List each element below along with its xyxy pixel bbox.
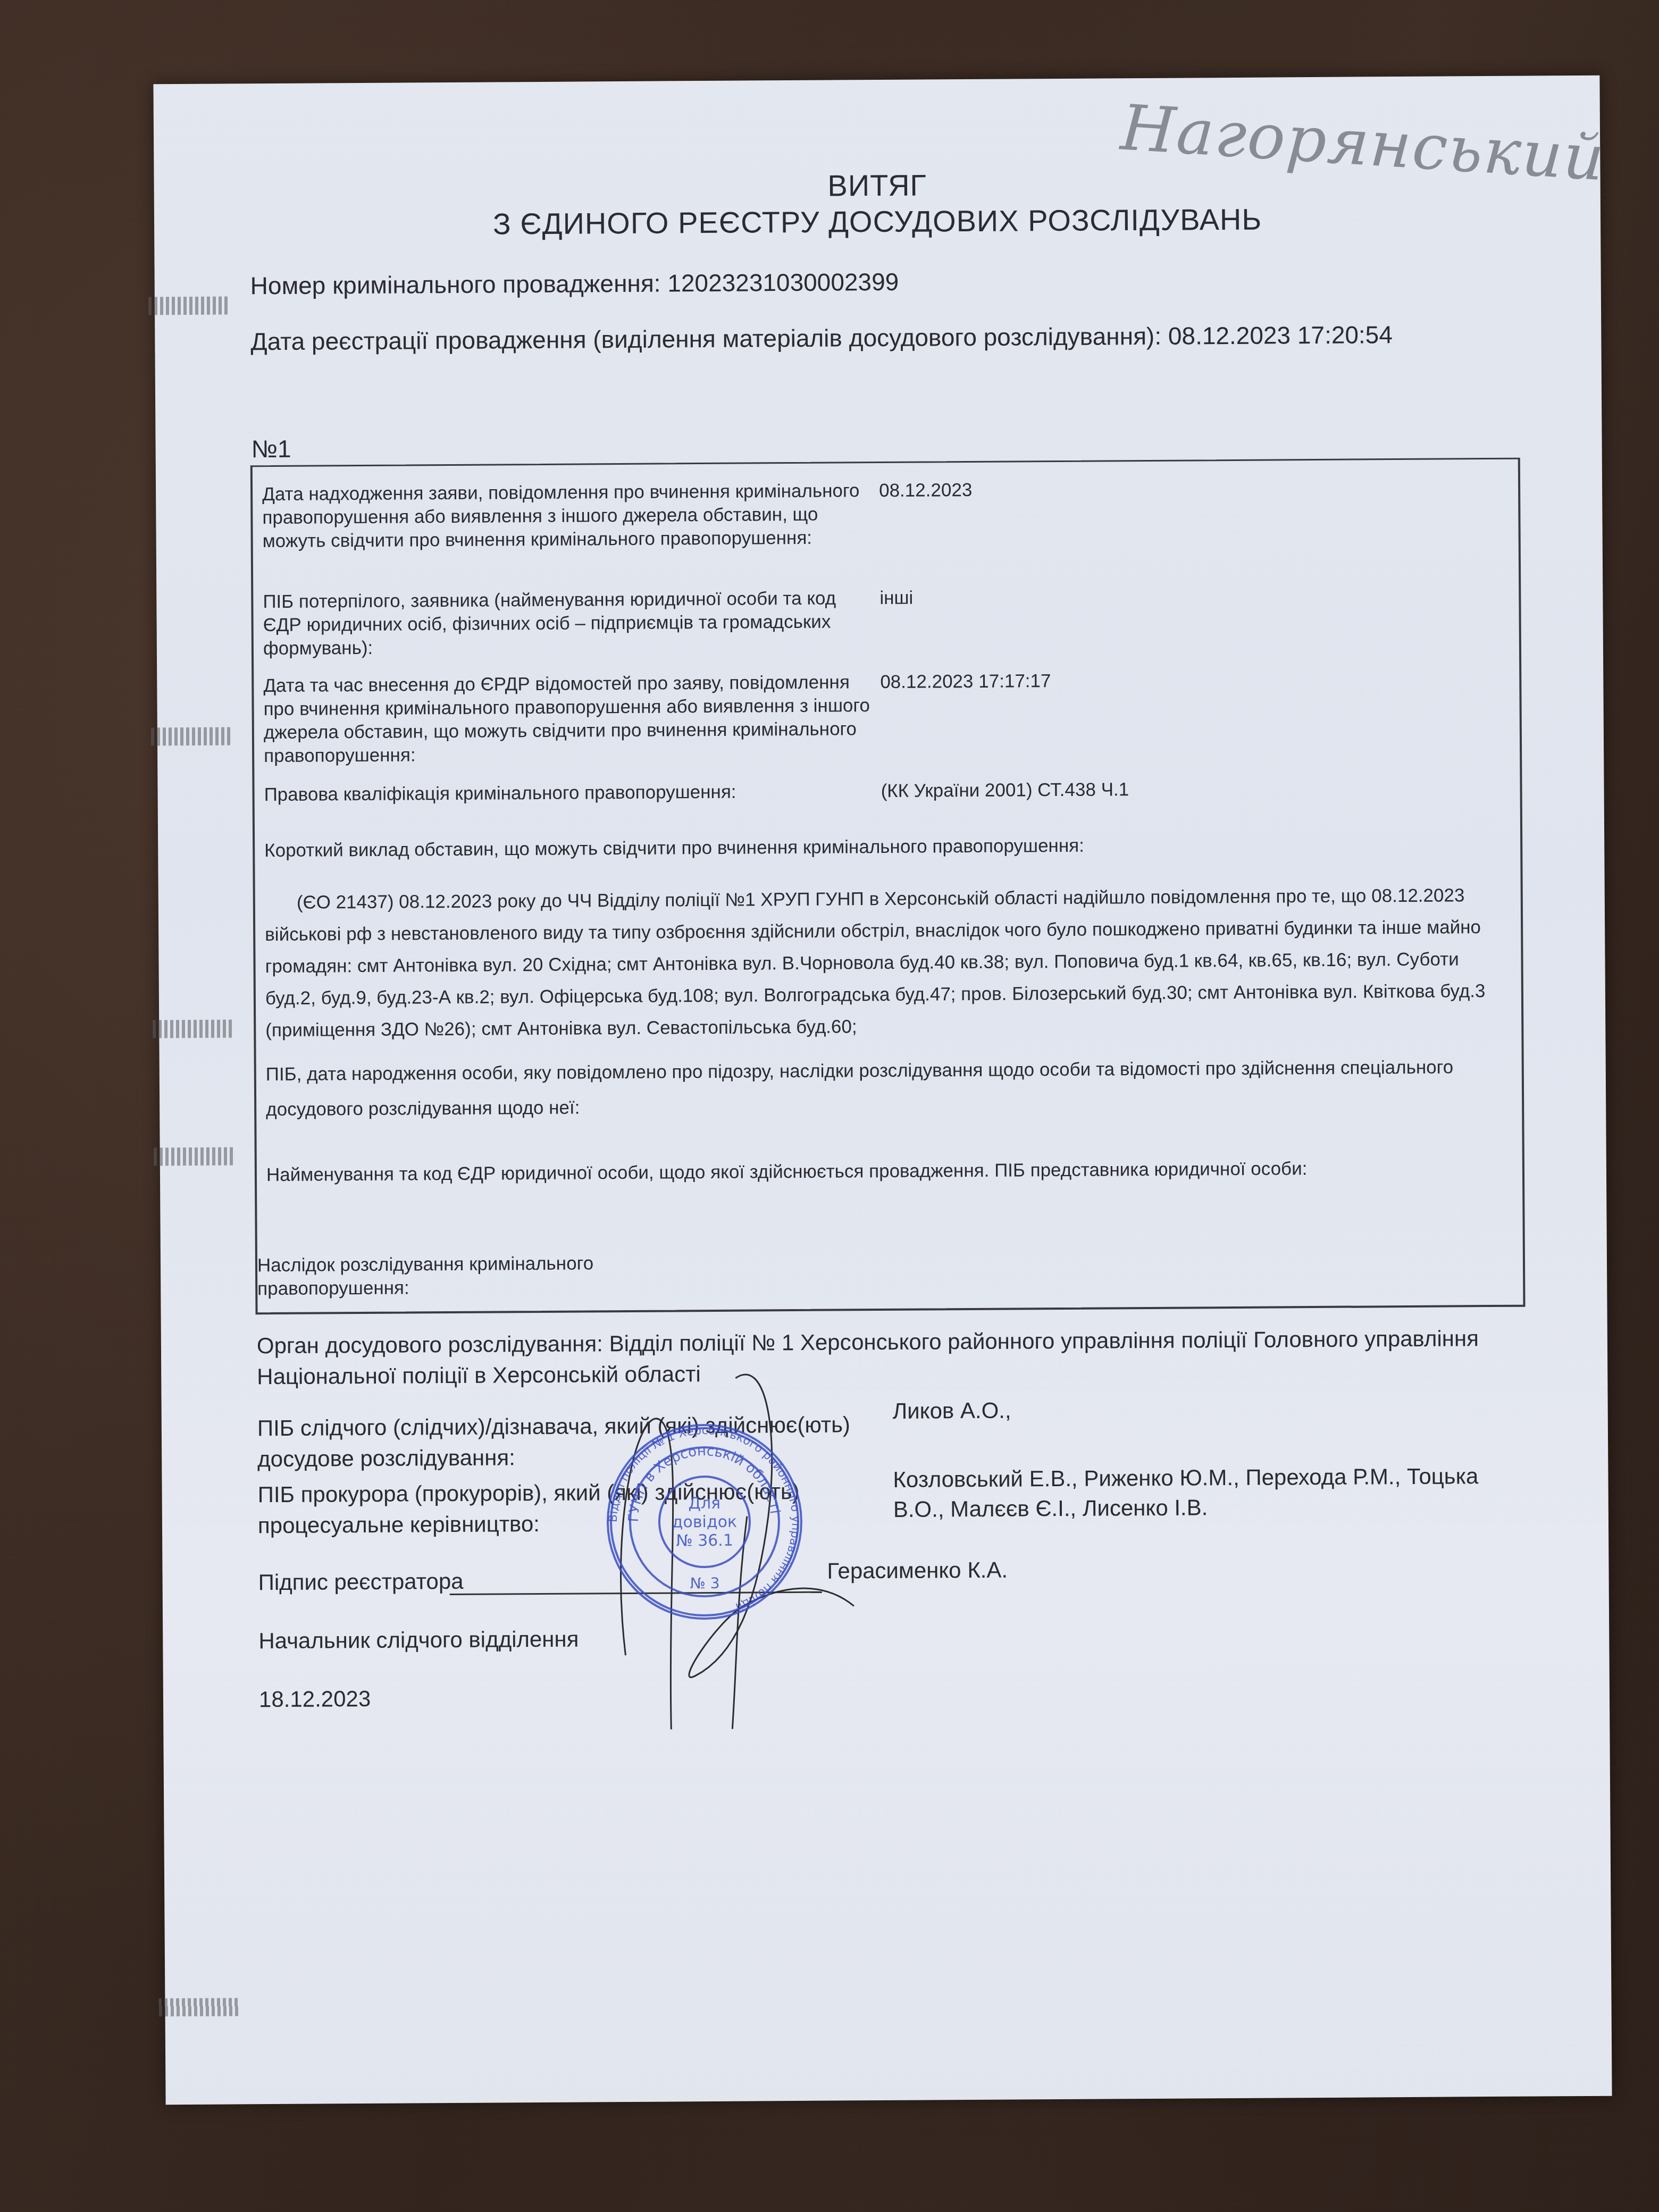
scanner-artifact: [158, 1998, 238, 2016]
summary-text: (ЄО 21437) 08.12.2023 року до ЧЧ Відділу…: [265, 879, 1505, 1046]
scanner-artifact: [153, 1019, 232, 1038]
registrar-signature-label: Підпис реєстратора: [258, 1566, 463, 1598]
entry-number: №1: [251, 434, 291, 463]
row-label: Дата та час внесення до ЄРДР відомостей …: [263, 671, 875, 768]
svg-text:№ 3: № 3: [690, 1574, 720, 1592]
legal-entity-label: Найменування та код ЄДР юридичної особи,…: [266, 1156, 1505, 1187]
suspect-label: ПІБ, дата народження особи, яку повідомл…: [266, 1050, 1505, 1127]
row-value: 08.12.2023: [879, 479, 972, 502]
svg-text:довідок: довідок: [672, 1513, 738, 1532]
investigator-value: Ликов А.О.,: [893, 1398, 1011, 1424]
official-stamp-icon: Відділ поліції № 1 Херсонського районног…: [603, 1420, 806, 1623]
document-sheet: Нагорянський ВИТЯГ З ЄДИНОГО РЕЄСТРУ ДОС…: [153, 76, 1612, 2105]
case-number-label: Номер кримінального провадження:: [250, 270, 661, 300]
document-title: ВИТЯГ З ЄДИНОГО РЕЄСТРУ ДОСУДОВИХ РОЗСЛІ…: [154, 163, 1601, 245]
svg-text:Для: Для: [688, 1494, 720, 1513]
row-value: (КК України 2001) СТ.438 Ч.1: [881, 778, 1129, 803]
organ-label: Орган досудового розслідування:: [257, 1331, 603, 1358]
row-label: Дата надходження заяви, повідомлення про…: [262, 479, 874, 553]
scanner-artifact: [148, 296, 228, 315]
registration-date-value: 08.12.2023 17:20:54: [1168, 321, 1393, 350]
investigation-result-label: Наслідок розслідування кримінального пра…: [257, 1251, 736, 1301]
chief-label: Начальник слідчого відділення: [258, 1624, 579, 1657]
case-number-value: 12023231030002399: [667, 268, 899, 297]
row-label: Правова кваліфікація кримінального право…: [264, 780, 875, 807]
row-value: інші: [879, 586, 913, 610]
row-value: 08.12.2023 17:17:17: [880, 669, 1051, 694]
prosecutor-value: Козловський Е.В., Риженко Ю.М., Перехода…: [893, 1461, 1505, 1524]
investigation-body: Орган досудового розслідування: Відділ п…: [257, 1323, 1534, 1393]
details-table: Дата надходження заяви, повідомлення про…: [250, 458, 1526, 1315]
case-number: Номер кримінального провадження: 1202323…: [250, 266, 899, 301]
registration-date: Дата реєстрації провадження (виділення м…: [250, 318, 1484, 357]
registration-date-label: Дата реєстрації провадження (виділення м…: [250, 322, 1161, 355]
document-date: 18.12.2023: [259, 1683, 371, 1715]
scanner-artifact: [154, 1147, 233, 1166]
row-label: ПІБ потерпілого, заявника (найменування …: [263, 586, 875, 660]
scanner-artifact: [151, 727, 231, 745]
summary-label: Короткий виклад обставин, що можуть свід…: [264, 832, 1503, 862]
svg-text:№ 36.1: № 36.1: [676, 1531, 733, 1551]
